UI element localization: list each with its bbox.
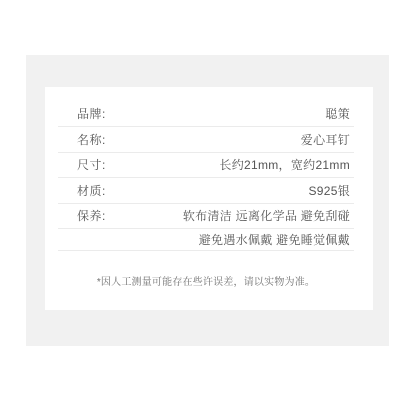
spec-row-name: 名称: 爱心耳钉 [58,127,354,153]
spec-value-material: S925银 [308,182,354,199]
spec-label-material: 材质: [58,182,106,199]
spec-row-size: 尺寸: 长约21mm，宽约21mm [58,153,354,179]
spec-label-care: 保养: [58,207,106,224]
spec-label-size: 尺寸: [58,156,106,173]
spec-row-material: 材质: S925银 [58,178,354,204]
spec-label-brand: 品牌: [58,105,106,122]
spec-card: 品牌: 聪策 名称: 爱心耳钉 尺寸: 长约21mm，宽约21mm 材质: S9… [45,87,373,310]
spec-label-name: 名称: [58,131,106,148]
spec-row-care-continued: 避免遇水佩戴 避免睡觉佩戴 [58,229,354,251]
spec-value-name: 爱心耳钉 [301,131,354,148]
spec-row-brand: 品牌: 聪策 [58,102,354,128]
spec-value-care-continued: 避免遇水佩戴 避免睡觉佩戴 [199,231,354,248]
spec-row-care: 保养: 软布清洁 远离化学品 避免刮碰 [58,204,354,230]
measurement-disclaimer: *因人工测量可能存在些许误差，请以实物为准。 [58,276,354,290]
spec-value-brand: 聪策 [325,105,354,122]
spec-value-care: 软布清洁 远离化学品 避免刮碰 [183,207,354,224]
spec-card-background: 品牌: 聪策 名称: 爱心耳钉 尺寸: 长约21mm，宽约21mm 材质: S9… [26,55,389,346]
product-spec-screenshot: 品牌: 聪策 名称: 爱心耳钉 尺寸: 长约21mm，宽约21mm 材质: S9… [0,0,416,416]
spec-value-size: 长约21mm，宽约21mm [219,156,354,173]
spec-table: 品牌: 聪策 名称: 爱心耳钉 尺寸: 长约21mm，宽约21mm 材质: S9… [58,102,354,252]
